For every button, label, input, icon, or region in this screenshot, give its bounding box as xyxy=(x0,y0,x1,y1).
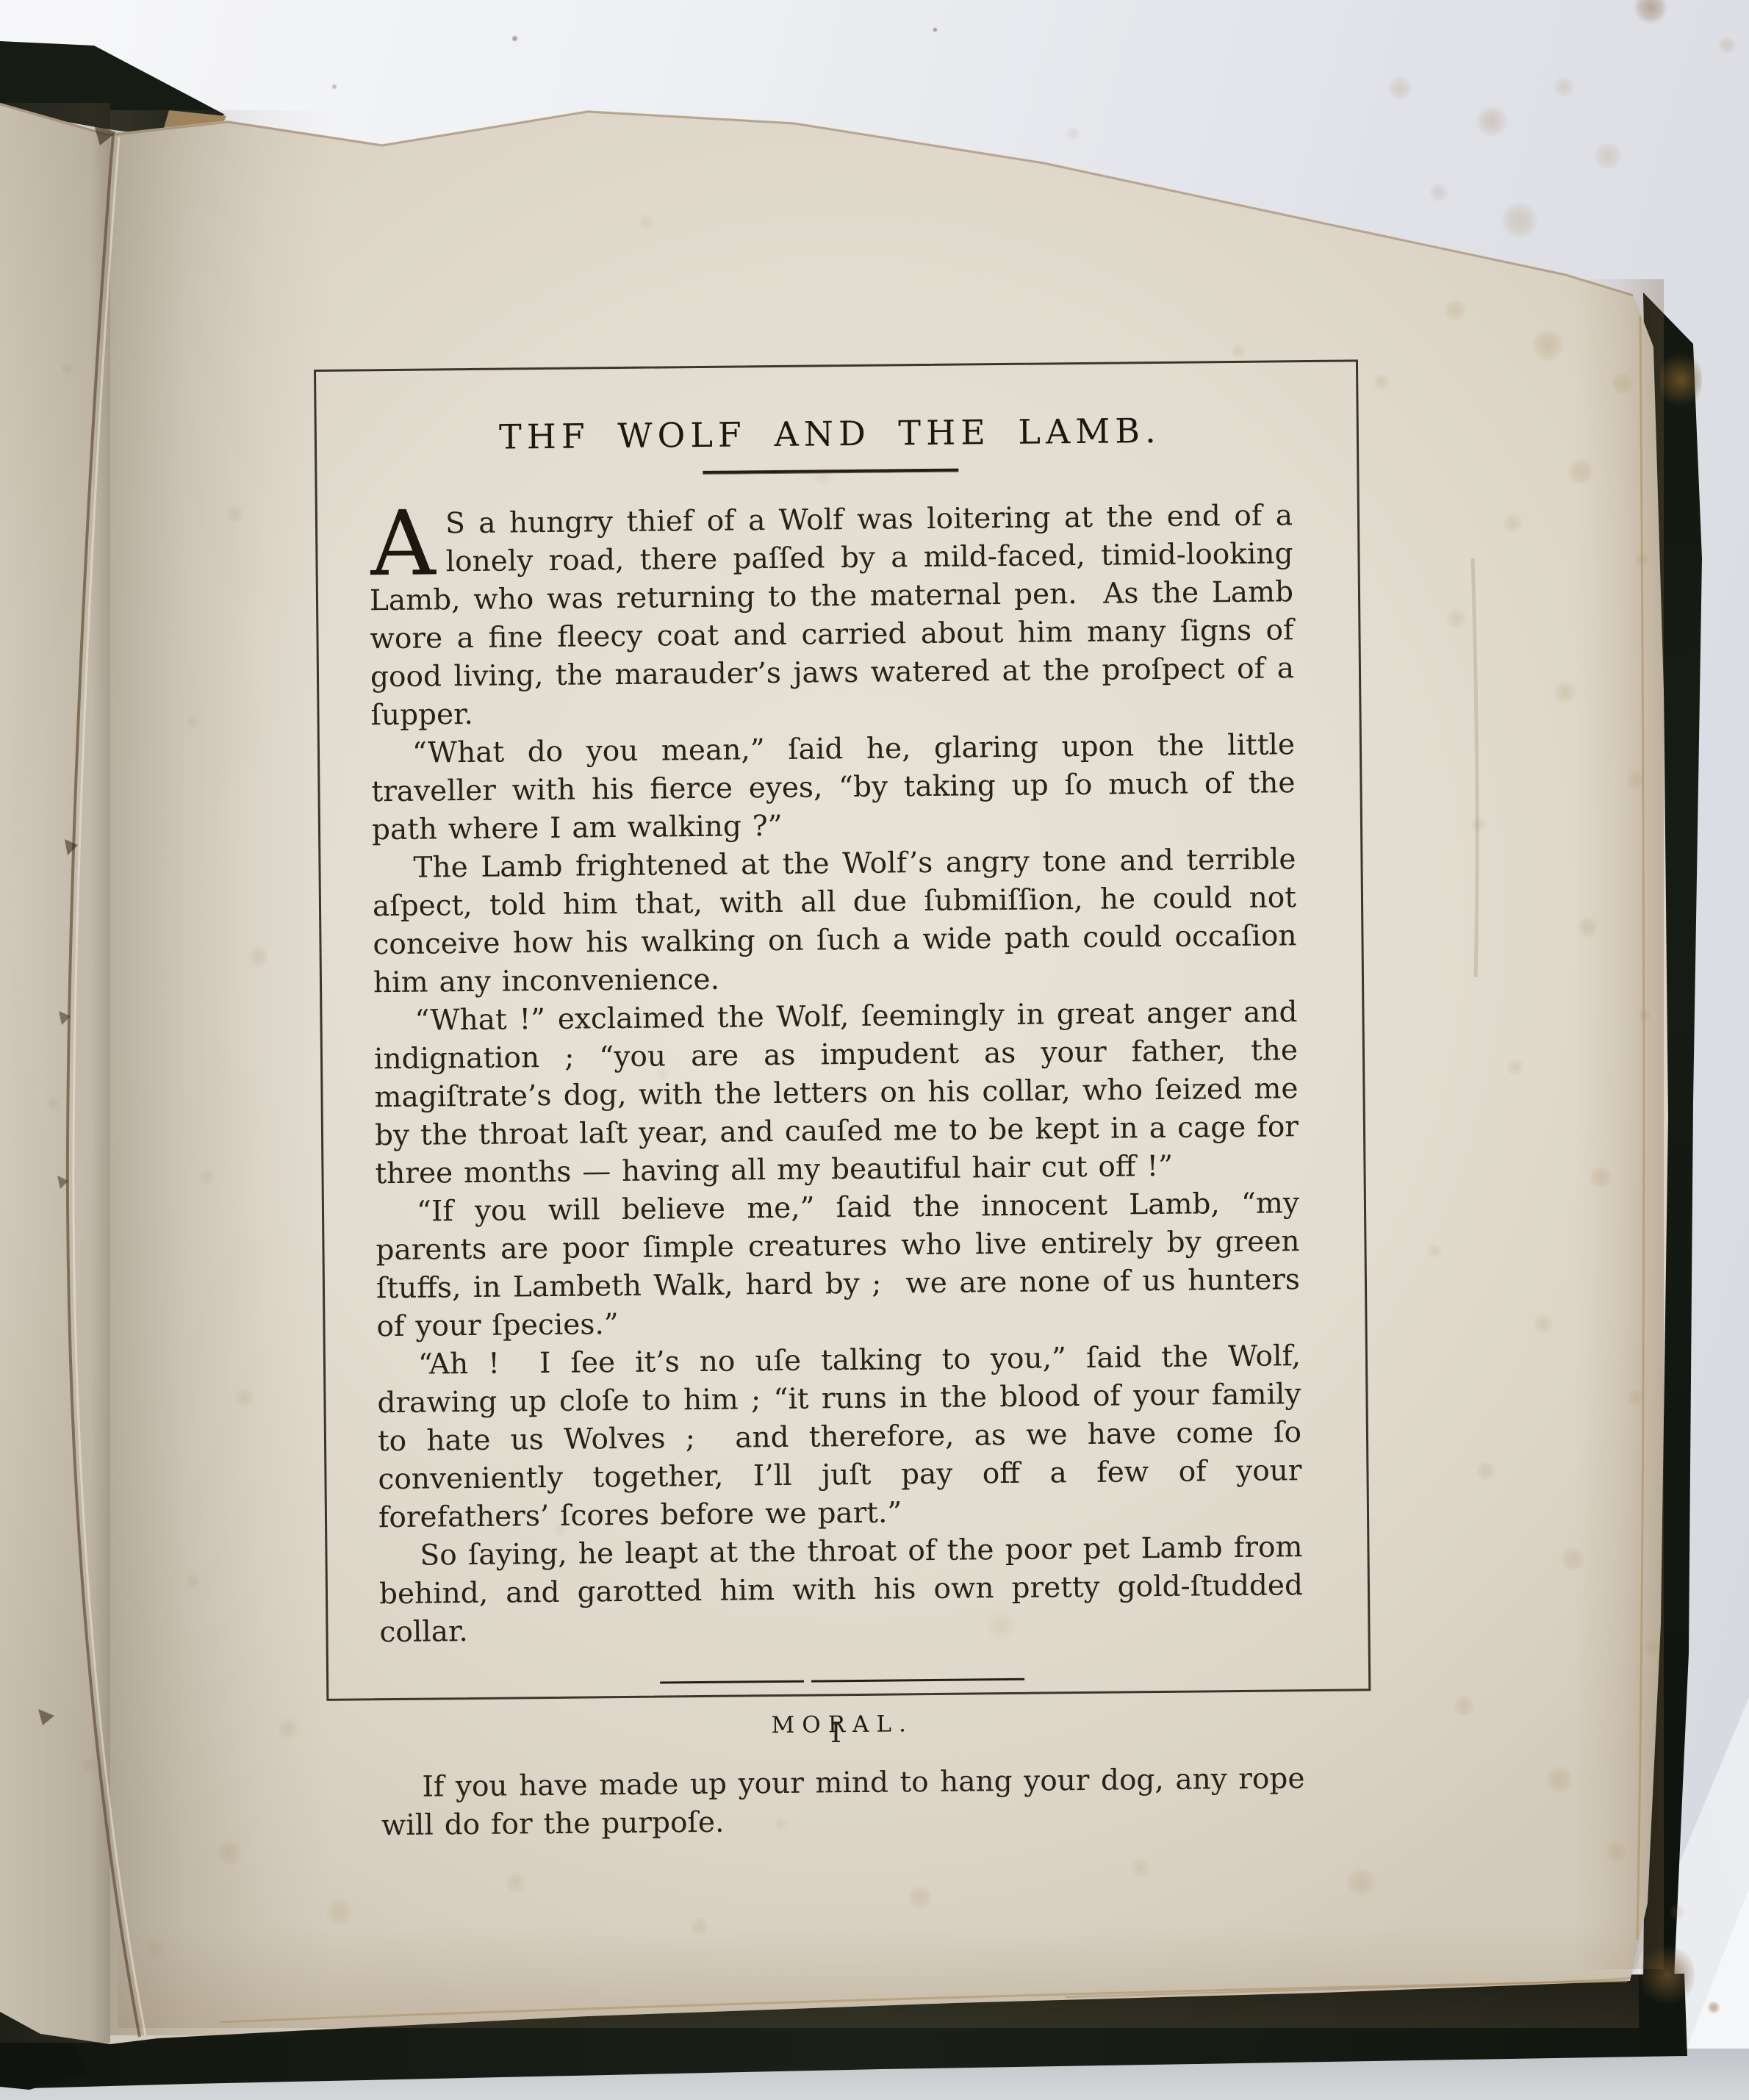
drop-cap: A xyxy=(369,505,446,580)
story-paragraph: “If you will believe me,” ſaid the innoc… xyxy=(376,1184,1301,1346)
story-paragraph: The Lamb frightened at the Wolf’s angry … xyxy=(372,841,1297,1002)
tear-mark xyxy=(65,839,78,855)
moral-text: If you have made up your mind to hang yo… xyxy=(381,1760,1305,1845)
tear-mark xyxy=(38,1709,54,1725)
seam-highlight xyxy=(73,137,146,2035)
story-paragraph: AS a hungry thief of a Wolf was loiterin… xyxy=(369,497,1295,735)
moral-divider xyxy=(660,1678,1024,1684)
page-number: I xyxy=(314,1716,1358,1749)
story-title: THF WOLF AND THE LAMB. xyxy=(368,409,1292,458)
page-crease xyxy=(1473,558,1477,977)
story-paragraph: “What do you mean,” ſaid he, glaring upo… xyxy=(371,726,1296,849)
story-paragraph: “Ah ! I ſee it’s no uſe talking to you,”… xyxy=(377,1337,1302,1537)
title-rule xyxy=(703,469,958,475)
stacked-pages-right-edge xyxy=(1637,316,1644,1940)
story-paragraph: So ſaying, he leapt at the throat of the… xyxy=(378,1528,1303,1652)
page-top-edge-line xyxy=(0,104,1633,295)
text-frame: THF WOLF AND THE LAMB. AS a hungry thief… xyxy=(314,359,1371,1701)
story-paragraph: “What !” exclaimed the Wolf, ſeemingly i… xyxy=(373,993,1299,1193)
paragraph-text: S a hungry thief of a Wolf was loitering… xyxy=(370,499,1294,732)
book-photo: THF WOLF AND THE LAMB. AS a hungry thief… xyxy=(0,0,1749,2100)
